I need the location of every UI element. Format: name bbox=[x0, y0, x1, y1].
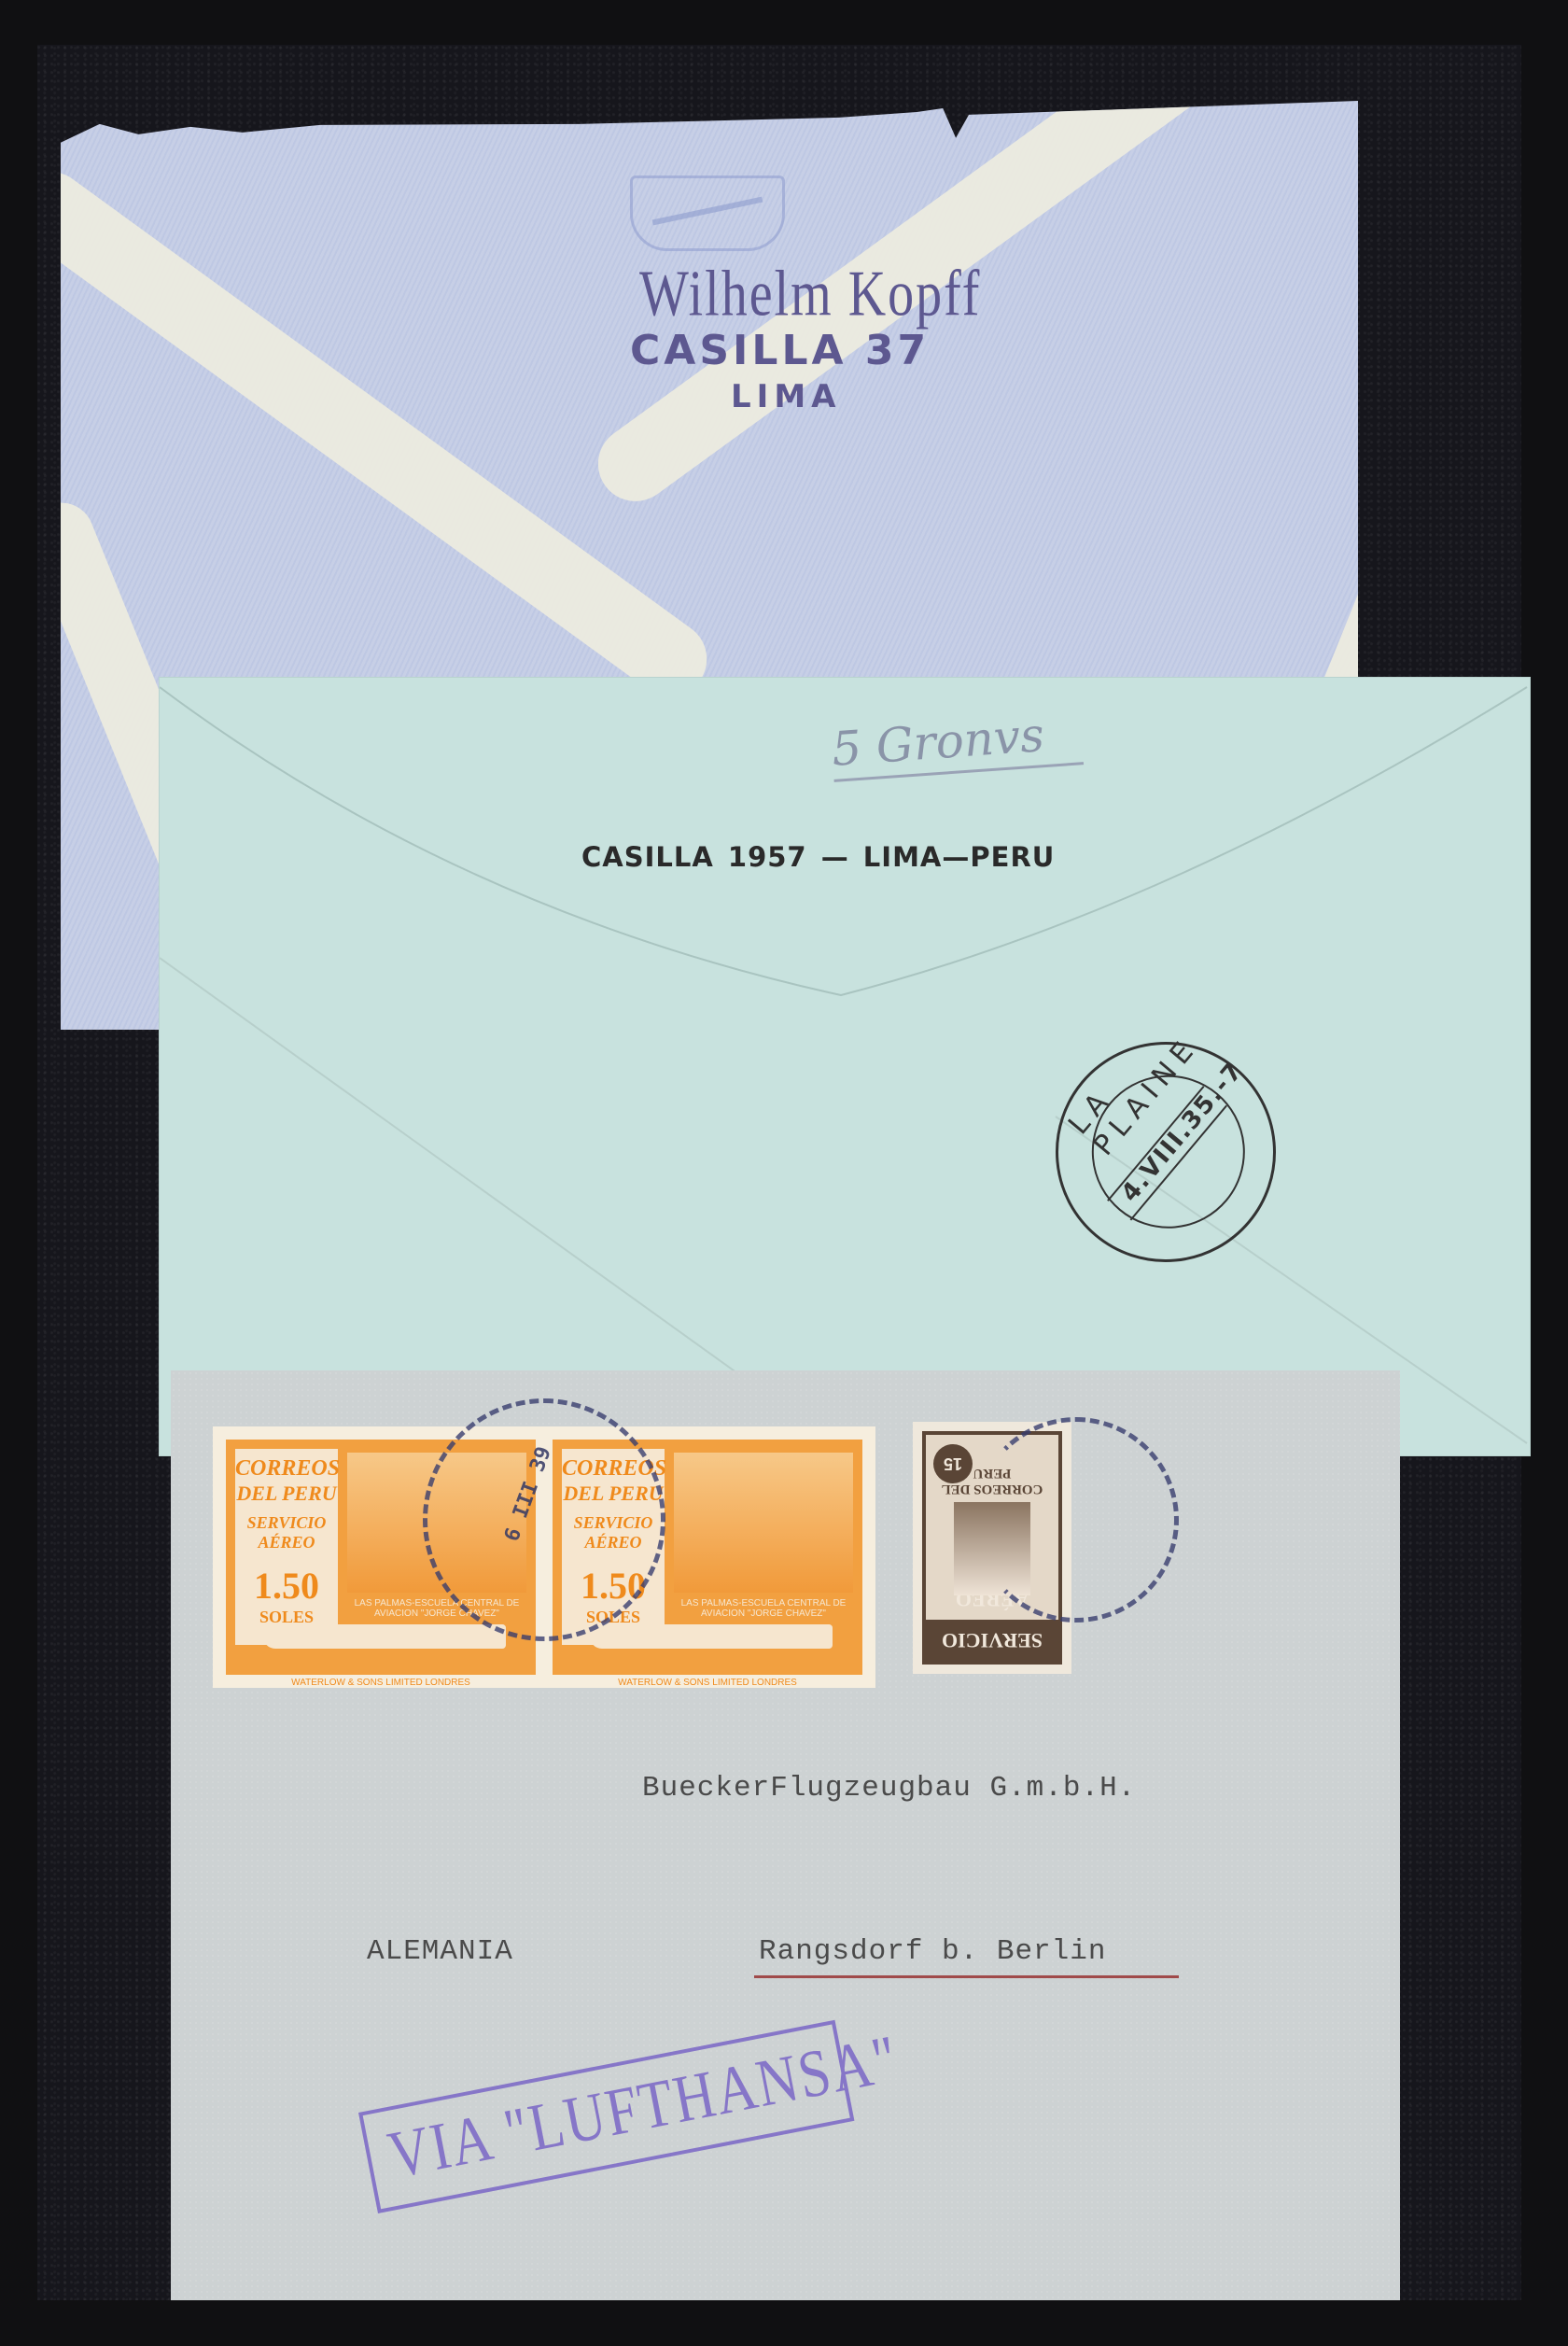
stamp-aerial-scene bbox=[674, 1453, 853, 1593]
stamp-caption: LAS PALMAS-ESCUELA CENTRAL DE AVIACION "… bbox=[674, 1598, 853, 1619]
stamp-service: SERVICIO AÉREO bbox=[926, 1620, 1058, 1661]
stamp-country: DEL PERU bbox=[235, 1482, 338, 1506]
envelope-flap-lines bbox=[160, 678, 1532, 1457]
address-country: ALEMANIA bbox=[367, 1935, 513, 1968]
envelope-mint-back: 5 Gronvs CASILLA 1957 — LIMA—PERU LA PLA… bbox=[159, 677, 1531, 1456]
cancel-postmark bbox=[423, 1398, 665, 1641]
sender-name-handstamp: Wilhelm Kopff bbox=[639, 257, 981, 331]
envelope-grey-front: CORREOS DEL PERU SERVICIO AÉREO 1.50 SOL… bbox=[171, 1370, 1400, 2300]
stamp-country: CORREOS bbox=[235, 1456, 338, 1482]
address-underline bbox=[754, 1975, 1179, 1978]
stamp-printer: WATERLOW & SONS LIMITED LONDRES bbox=[226, 1678, 536, 1688]
stamp-plane-icon bbox=[590, 1624, 833, 1649]
stamp-value: 1.50 bbox=[235, 1564, 338, 1608]
printed-return-address: CASILLA 1957 — LIMA—PERU bbox=[581, 841, 1055, 873]
address-city: Rangsdorf b. Berlin bbox=[759, 1935, 1106, 1968]
routing-handstamp-text: VIA "LUFTHANSA" bbox=[383, 2020, 905, 2195]
cancel-postmark bbox=[973, 1417, 1179, 1623]
stamp-plane-icon bbox=[263, 1624, 506, 1649]
sender-box-handstamp: CASILLA 37 bbox=[630, 327, 930, 374]
sender-city-handstamp: LIMA bbox=[731, 378, 841, 415]
stamp-printer: WATERLOW & SONS LIMITED LONDRES bbox=[553, 1678, 862, 1688]
address-line-1: BueckerFlugzeugbau G.m.b.H. bbox=[642, 1772, 1136, 1805]
routing-handstamp: VIA "LUFTHANSA" bbox=[358, 2020, 854, 2213]
airplane-emblem-icon bbox=[630, 176, 785, 251]
stamp-service: SERVICIO AÉREO bbox=[235, 1513, 338, 1552]
stamp-value: 15 bbox=[933, 1444, 973, 1483]
